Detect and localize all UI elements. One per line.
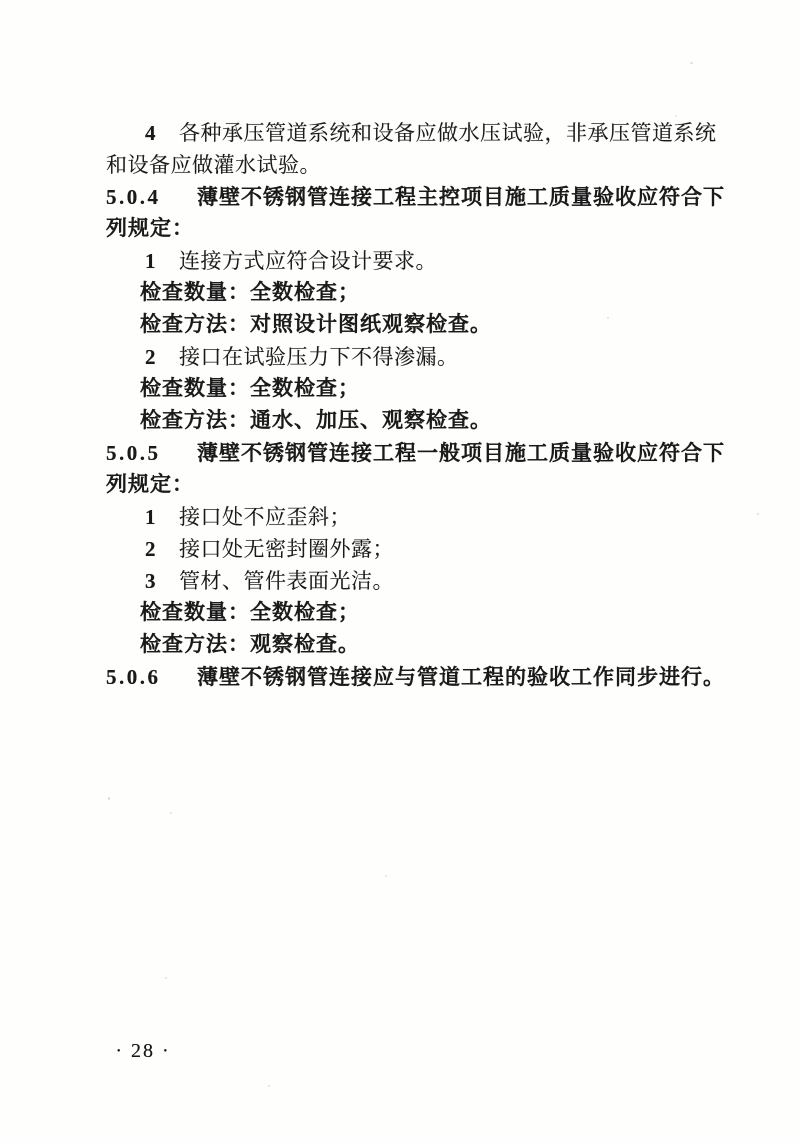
item-text: 接口在试验压力下不得渗漏。: [179, 345, 459, 369]
numbered-item: 2接口处无密封圈外露；: [106, 533, 716, 565]
item-number: 1: [145, 245, 159, 277]
check-text: 检查方法：对照设计图纸观察检查。: [140, 313, 492, 336]
check-text: 检查方法：通水、加压、观察检查。: [140, 409, 492, 432]
item-number: 2: [145, 533, 159, 565]
scan-speck: [165, 977, 167, 979]
clause-number: 5.0.6: [106, 661, 173, 693]
clause-text: 薄壁不锈钢管连接工程一般项目施工质量验收应符合下: [197, 442, 725, 465]
scan-speck: [170, 812, 172, 814]
numbered-item: 3管材、管件表面光洁。: [106, 565, 716, 597]
clause-line: 5.0.5薄壁不锈钢管连接工程一般项目施工质量验收应符合下: [106, 437, 716, 469]
numbered-item: 1连接方式应符合设计要求。: [106, 245, 716, 277]
wrap-line: 和设备应做灌水试验。: [106, 149, 716, 181]
scan-speck: [108, 797, 110, 800]
clause-line: 5.0.6薄壁不锈钢管连接应与管道工程的验收工作同步进行。: [106, 661, 716, 693]
wrap-line: 列规定：: [106, 213, 716, 245]
item-number: 4: [145, 117, 159, 149]
clause-text: 薄壁不锈钢管连接工程主控项目施工质量验收应符合下: [197, 186, 725, 209]
check-line: 检查方法：对照设计图纸观察检查。: [106, 309, 716, 341]
item-text: 接口处无密封圈外露；: [179, 537, 394, 561]
clause-text: 列规定：: [106, 473, 194, 496]
text-block: 4各种承压管道系统和设备应做水压试验，非承压管道系统 和设备应做灌水试验。 5.…: [106, 117, 716, 693]
scan-speck: [757, 513, 759, 515]
check-text: 检查数量：全数检查；: [140, 281, 360, 304]
item-text: 连接方式应符合设计要求。: [179, 249, 437, 273]
check-line: 检查方法：观察检查。: [106, 629, 716, 661]
clause-number: 5.0.4: [106, 181, 173, 213]
wrap-line: 列规定：: [106, 469, 716, 501]
document-page: 4各种承压管道系统和设备应做水压试验，非承压管道系统 和设备应做灌水试验。 5.…: [0, 0, 800, 1142]
item-text: 和设备应做灌水试验。: [106, 153, 321, 177]
item-text: 各种承压管道系统和设备应做水压试验，非承压管道系统: [179, 121, 717, 145]
scan-speck: [268, 1085, 270, 1087]
item-text: 接口处不应歪斜；: [179, 505, 351, 529]
clause-line: 5.0.4薄壁不锈钢管连接工程主控项目施工质量验收应符合下: [106, 181, 716, 213]
check-text: 检查方法：观察检查。: [140, 633, 360, 656]
numbered-item: 4各种承压管道系统和设备应做水压试验，非承压管道系统: [106, 117, 716, 149]
scan-speck: [690, 62, 693, 64]
clause-number: 5.0.5: [106, 437, 173, 469]
check-line: 检查数量：全数检查；: [106, 373, 716, 405]
page-number: · 28 ·: [104, 1040, 182, 1063]
clause-text: 列规定：: [106, 217, 194, 240]
clause-text: 薄壁不锈钢管连接应与管道工程的验收工作同步进行。: [197, 666, 725, 689]
scan-speck: [675, 115, 677, 117]
check-line: 检查方法：通水、加压、观察检查。: [106, 405, 716, 437]
scan-speck: [607, 317, 609, 319]
check-text: 检查数量：全数检查；: [140, 377, 360, 400]
check-line: 检查数量：全数检查；: [106, 597, 716, 629]
scan-speck: [385, 875, 387, 877]
item-number: 1: [145, 501, 159, 533]
check-text: 检查数量：全数检查；: [140, 601, 360, 624]
item-number: 2: [145, 341, 159, 373]
item-number: 3: [145, 565, 159, 597]
numbered-item: 2接口在试验压力下不得渗漏。: [106, 341, 716, 373]
numbered-item: 1接口处不应歪斜；: [106, 501, 716, 533]
check-line: 检查数量：全数检查；: [106, 277, 716, 309]
item-text: 管材、管件表面光洁。: [179, 569, 394, 593]
